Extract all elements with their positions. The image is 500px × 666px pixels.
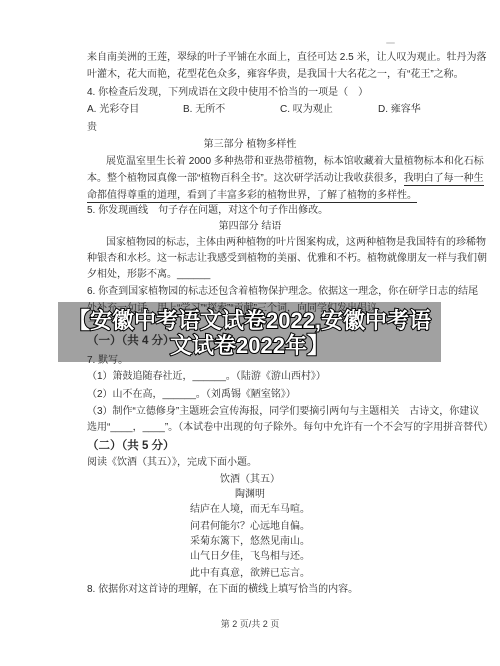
poem-line-1: 结庐在人境，而无车马喧。 xyxy=(87,504,413,516)
option-b: B. 无所不 xyxy=(183,104,225,116)
question-8: 8. 依据你对这首诗的理解，在下面的横线上填写恰当的内容。 xyxy=(87,584,413,596)
part4-heading: 第四部分 结语 xyxy=(87,221,413,233)
question-7-item3-line1: （3）制作“立德修身”主题班会宣传海报，同学们要摘引两句与主题相关 古诗文，你建… xyxy=(87,406,413,418)
paragraph2-line3: 命都值得尊重的道理，看到了丰富多彩的植物世界，了解了植物的多样性。 xyxy=(87,190,413,202)
paragraph3-line3: 夕相处，形影不离。______ xyxy=(87,269,413,281)
page-number-footer: 第 2 页/共 2 页 xyxy=(87,617,413,630)
poem-line-5: 此中有真意，欲辨已忘言。 xyxy=(87,568,413,580)
document-page: 来自南美洲的王莲，翠绿的叶子平铺在水面上，直径可达 2.5 米，让人叹为观止。牡… xyxy=(0,0,500,666)
option-d-wrap: 贵 xyxy=(87,122,413,134)
question-7-item2: （2）山不在高，______。（刘禹锡《陋室铭》） xyxy=(87,389,413,401)
watermark-text: 【安徽中考语文试卷2022,安徽中考语 文试卷2022年】 xyxy=(58,303,441,363)
watermark-line2: 文试卷2022年】 xyxy=(170,333,329,358)
poem-line-3: 采菊东篱下，悠然见南山。 xyxy=(87,536,413,548)
option-d: D. 雍容华 xyxy=(378,104,421,116)
reading-intro: 阅读《饮酒（其五）》，完成下面小题。 xyxy=(87,457,413,469)
paragraph1-line1: 来自南美洲的王莲，翠绿的叶子平铺在水面上，直径可达 2.5 米，让人叹为观止。牡… xyxy=(87,52,413,64)
paragraph2-line2: 本。整个植物园真像一部“植物百科全书”。这次研学活动让我收获很多，我明白了每一种… xyxy=(87,173,413,185)
paragraph2-line2-underlined: 我明白了每一种生 xyxy=(404,173,484,186)
watermark-line1: 【安徽中考语文试卷2022,安徽中考语 xyxy=(68,308,431,333)
option-c: C. 叹为观止 xyxy=(280,104,333,116)
subsection-2-heading: （二）（共 5 分） xyxy=(87,440,413,452)
question-5: 5. 你发现画线 句子存在问题，对这个句子作出修改。 xyxy=(87,205,413,217)
paragraph1-line2: 叶灌木，花大而艳，花型花色众多，雍容华贵，是我国十大名花之一，有“花王”之称。 xyxy=(87,69,413,81)
poem-author: 陶渊明 xyxy=(87,489,413,501)
paragraph3-line1: 国家植物园的标志，主体由两种植物的叶片图案构成，这两种植物是我国特有的珍稀物 xyxy=(87,237,432,249)
paragraph2-line3-underlined: 命都值得尊重的道理，看到了丰富多彩的植物世界，了解了植物的多样性。 xyxy=(87,190,417,203)
question-4: 4. 你检查后发现，下列成语在文段中使用不恰当的一项是（ ） xyxy=(87,87,413,99)
question-7-item1: （1）箫鼓追随春社近，______。（陆游《游山西村》） xyxy=(87,371,413,383)
paragraph2-line2-normal: 本。整个植物园真像一部“植物百科全书”。这次研学活动让我收获很多， xyxy=(87,173,404,184)
part3-heading: 第三部分 植物多样性 xyxy=(87,139,413,151)
poem-title: 饮酒（其五） xyxy=(87,474,413,486)
poem-line-4: 山气日夕佳，飞鸟相与还。 xyxy=(87,551,413,563)
scan-artifact xyxy=(386,42,395,44)
question-6-line1: 6. 你查到国家植物园的标志还包含着植物保护理念。依据这一理念，你在研学日志的结… xyxy=(87,286,413,298)
question-7-item3-line2: 选用“____，____”。（本试卷中出现的句子除外。每句中允许有一个不会写的字… xyxy=(87,422,413,434)
paragraph2-line1: 展览温室里生长着 2000 多种热带和亚热带植物，标本馆收藏着大量植物标本和化石… xyxy=(87,156,432,168)
paragraph3-line2: 种银杏和水杉。这一标志让我感受到植物的美丽、优雅和不朽。植物就像朋友一样与我们朝 xyxy=(87,253,413,265)
poem-line-2: 问君何能尔？心远地自偏。 xyxy=(87,521,413,533)
question-4-options: A. 光彩夺目 B. 无所不 C. 叹为观止 D. 雍容华 xyxy=(87,104,413,116)
option-a: A. 光彩夺目 xyxy=(87,104,139,116)
